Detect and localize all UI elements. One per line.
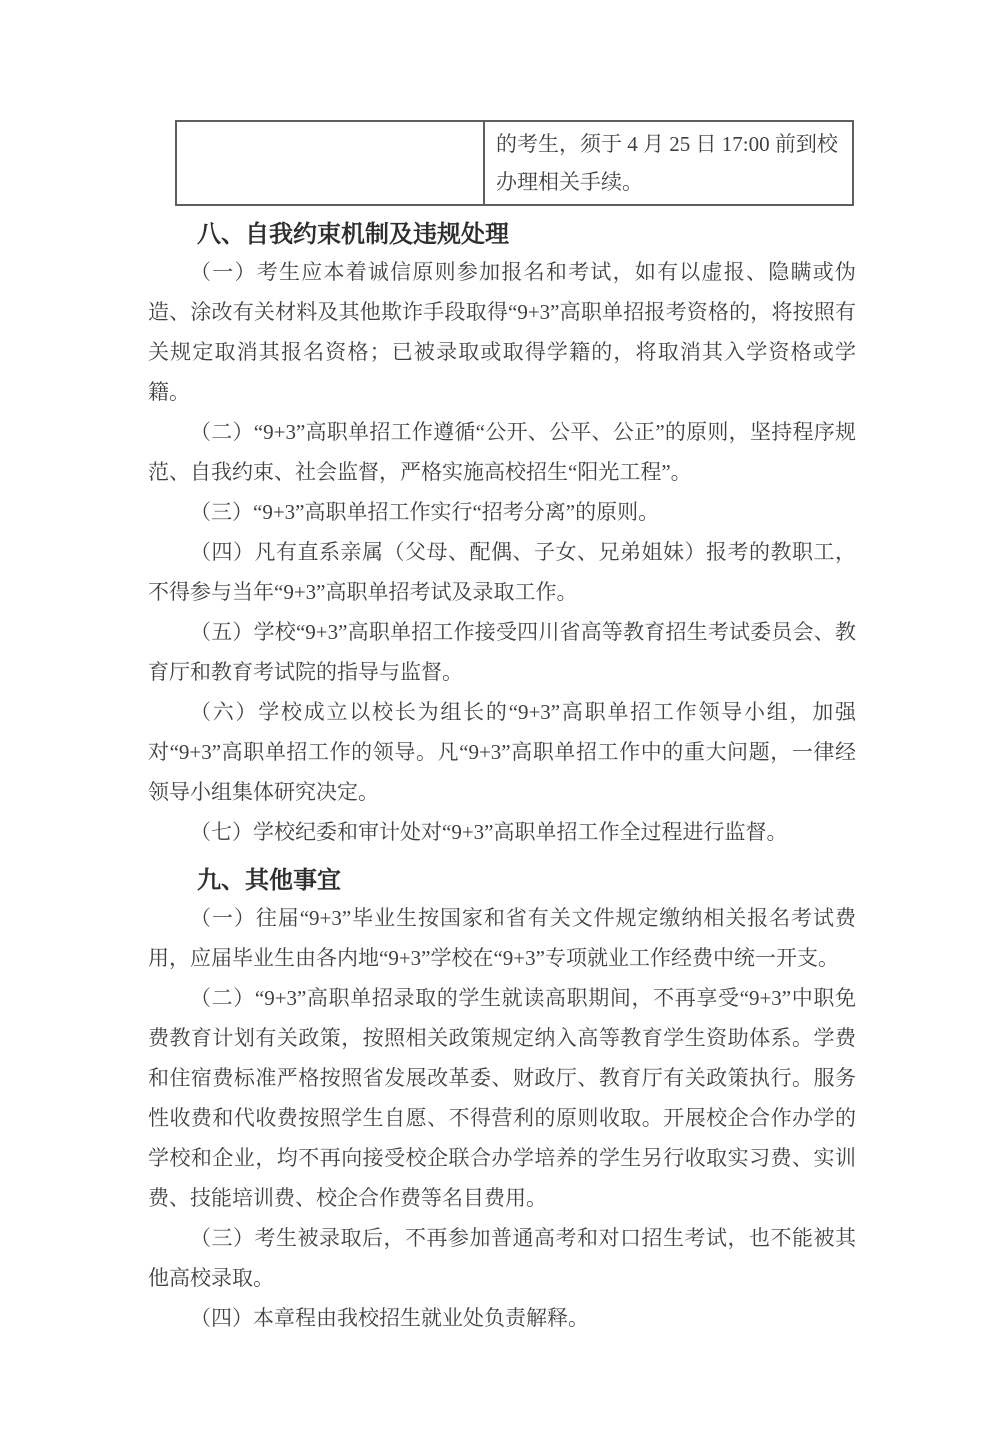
document-body: 八、自我约束机制及违规处理 （一）考生应本着诚信原则参加报名和考试，如有以虚报、… [148,202,856,1338]
section-9-heading: 九、其他事宜 [148,864,856,898]
section-8-paragraph-4: （四）凡有直系亲属（父母、配偶、子女、兄弟姐妹）报考的教职工，不得参与当年“9+… [148,532,856,612]
table-text-cell: 的考生，须于 4 月 25 日 17:00 前到校 办理相关手续。 [484,121,853,205]
section-8-paragraph-3: （三）“9+3”高职单招工作实行“招考分离”的原则。 [148,492,856,532]
section-9-paragraph-1: （一）往届“9+3”毕业生按国家和省有关文件规定缴纳相关报名考试费用，应届毕业生… [148,898,856,978]
section-8-paragraph-5: （五）学校“9+3”高职单招工作接受四川省高等教育招生考试委员会、教育厅和教育考… [148,612,856,692]
section-8-paragraph-7: （七）学校纪委和审计处对“9+3”高职单招工作全过程进行监督。 [148,812,856,852]
document-page: 的考生，须于 4 月 25 日 17:00 前到校 办理相关手续。 八、自我约束… [0,0,1004,1429]
continuation-table: 的考生，须于 4 月 25 日 17:00 前到校 办理相关手续。 [175,120,854,206]
section-9-paragraph-3: （三）考生被录取后，不再参加普通高考和对口招生考试，也不能被其他高校录取。 [148,1218,856,1298]
section-8-paragraph-1: （一）考生应本着诚信原则参加报名和考试，如有以虚报、隐瞒或伪造、涂改有关材料及其… [148,252,856,412]
table-row: 的考生，须于 4 月 25 日 17:00 前到校 办理相关手续。 [176,121,853,205]
table-text-line-1: 的考生，须于 4 月 25 日 17:00 前到校 [496,125,844,163]
section-8-paragraph-2: （二）“9+3”高职单招工作遵循“公开、公平、公正”的原则，坚持程序规范、自我约… [148,412,856,492]
section-8-paragraph-6: （六）学校成立以校长为组长的“9+3”高职单招工作领导小组，加强对“9+3”高职… [148,692,856,812]
section-9-paragraph-2: （二）“9+3”高职单招录取的学生就读高职期间，不再享受“9+3”中职免费教育计… [148,978,856,1218]
section-8-heading: 八、自我约束机制及违规处理 [148,218,856,252]
table-text-line-2: 办理相关手续。 [496,163,844,201]
section-9-paragraph-4: （四）本章程由我校招生就业处负责解释。 [148,1298,856,1338]
table-empty-cell [176,121,484,205]
